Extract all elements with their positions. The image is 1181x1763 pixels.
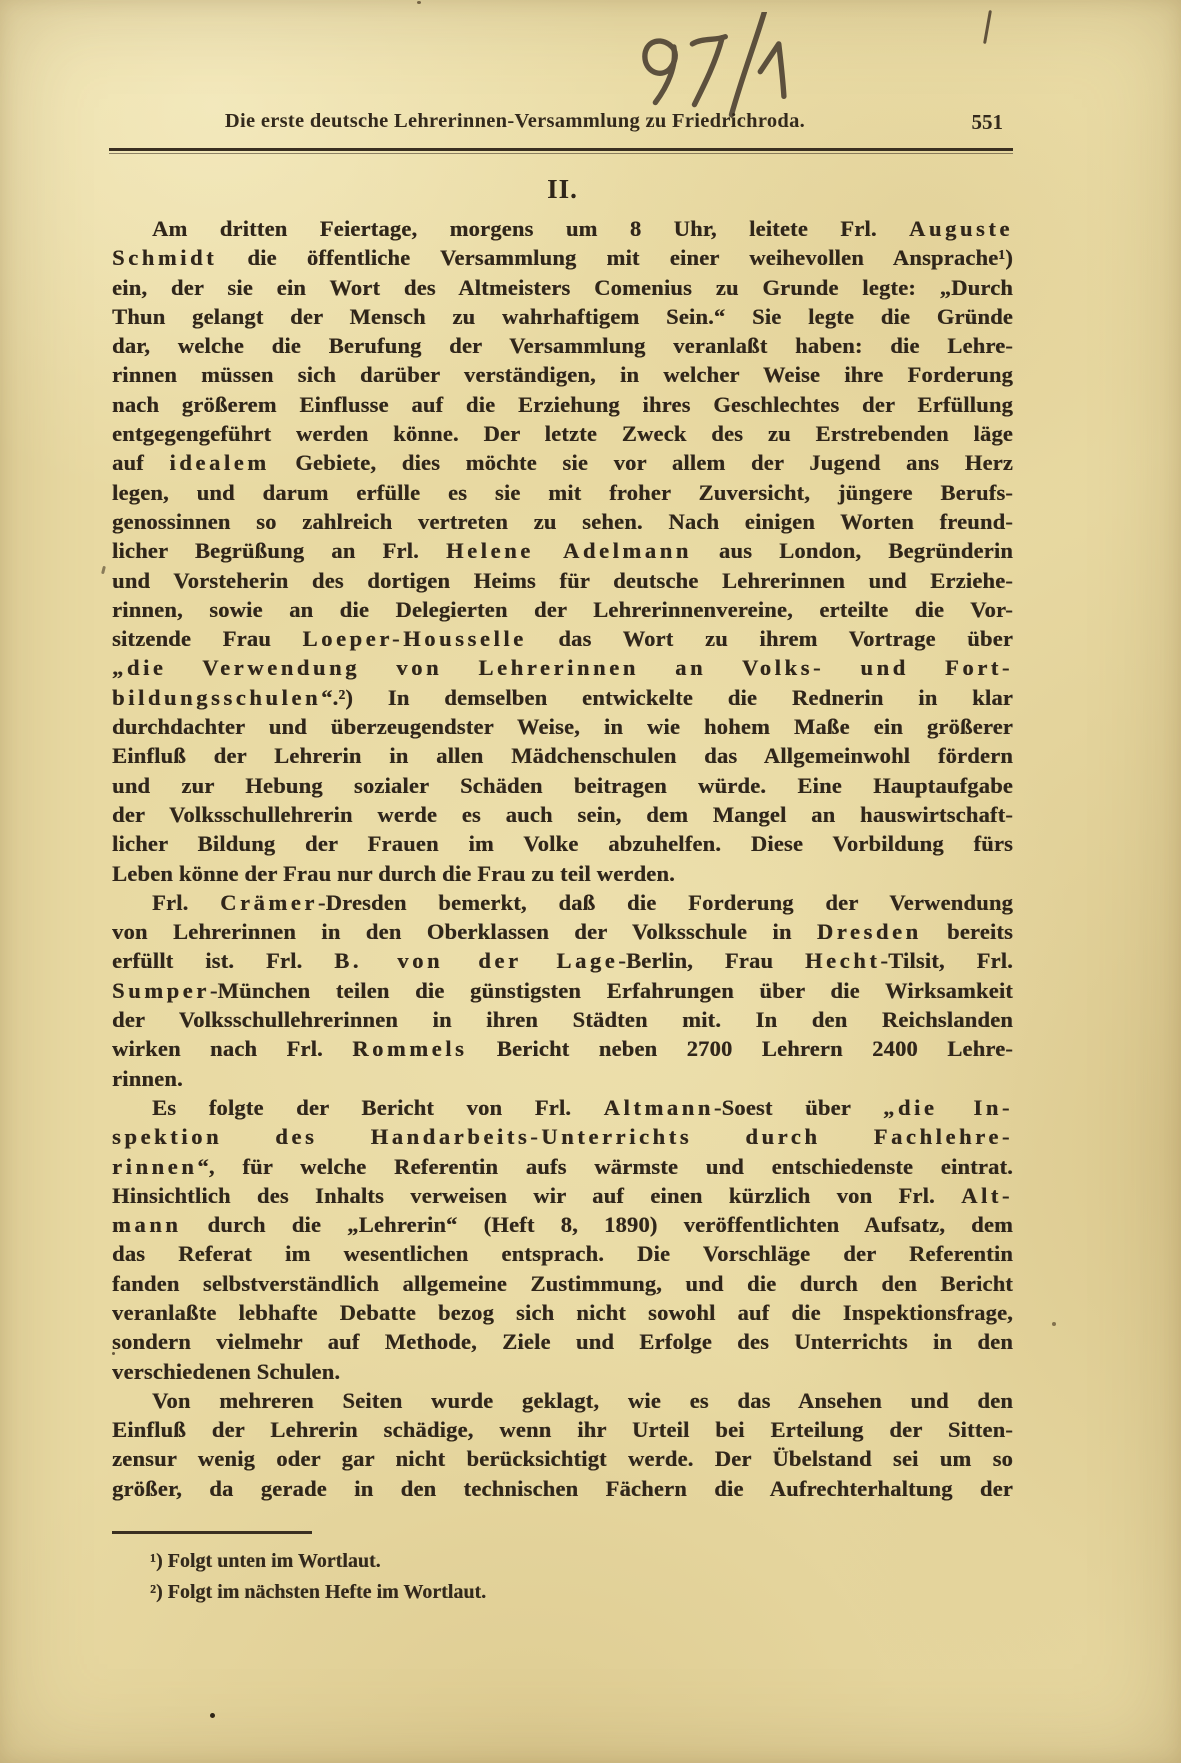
body-line: und Vorsteherin des dortigen Heims für d… — [112, 566, 1013, 595]
footnotes: ¹) Folgt unten im Wortlaut. ²) Folgt im … — [150, 1546, 850, 1608]
paper-speck — [210, 1713, 215, 1718]
body-line: rinnen müssen sich darüber verständigen,… — [112, 360, 1013, 389]
body-line: rinnen, sowie an die Delegierten der Leh… — [112, 595, 1013, 624]
body-line: auf idealem Gebiete, dies möchte sie vor… — [112, 448, 1013, 477]
body-line: der Volksschullehrerinnen in ihren Städt… — [112, 1005, 1013, 1034]
body-line: Sumper-München teilen die günstigsten Er… — [112, 976, 1013, 1005]
letterspaced-text: Auguste — [909, 216, 1013, 241]
body-line: entgegengeführt werden könne. Der letzte… — [112, 419, 1013, 448]
letterspaced-text: Schmidt — [112, 245, 217, 270]
footnote-1: ¹) Folgt unten im Wortlaut. — [150, 1546, 850, 1577]
letterspaced-text: Rommels — [352, 1036, 467, 1061]
body-line: legen, und darum erfülle es sie mit froh… — [112, 478, 1013, 507]
body-line: rinnen. — [112, 1064, 1013, 1093]
running-header-title: Die erste deutsche Lehrerinnen-Versammlu… — [112, 110, 918, 133]
scanned-document-page: Die erste deutsche Lehrerinnen-Versammlu… — [0, 0, 1181, 1763]
body-line: Schmidt die öffentliche Versammlung mit … — [112, 243, 1013, 272]
letterspaced-text: „die Verwendung von Lehrerinnen an Volks… — [112, 655, 1013, 680]
body-line: veranlaßte lebhafte Debatte bezog sich n… — [112, 1298, 1013, 1327]
body-line: Frl. Crämer-Dresden bemerkt, daß die For… — [112, 888, 1013, 917]
letterspaced-text: Altmann — [604, 1095, 714, 1120]
letterspaced-text: Helene Adelmann — [446, 538, 692, 563]
letterspaced-text: mann — [112, 1212, 181, 1237]
body-line: erfüllt ist. Frl. B. von der Lage-Berlin… — [112, 946, 1013, 975]
body-line: das Referat im wesentlichen entsprach. D… — [112, 1239, 1013, 1268]
body-line: Einfluß der Lehrerin in allen Mädchensch… — [112, 741, 1013, 770]
letterspaced-text: bildungsschulen — [112, 685, 321, 710]
body-line: dar, welche die Berufung der Versammlung… — [112, 331, 1013, 360]
letterspaced-text: Sumper — [112, 978, 210, 1003]
body-line: wirken nach Frl. Rommels Bericht neben 2… — [112, 1034, 1013, 1063]
body-line: bildungsschulen“.²) In demselben entwick… — [112, 683, 1013, 712]
letterspaced-text: Hecht — [805, 948, 880, 973]
letterspaced-text: „die In- — [883, 1095, 1013, 1120]
body-line: genossinnen so zahlreich vertreten zu se… — [112, 507, 1013, 536]
body-line: Einfluß der Lehrerin schädige, wenn ihr … — [112, 1415, 1013, 1444]
letterspaced-text: Crämer — [220, 890, 318, 915]
body-line: fanden selbstverständlich allgemeine Zus… — [112, 1269, 1013, 1298]
body-line: Hinsichtlich des Inhalts verweisen wir a… — [112, 1181, 1013, 1210]
body-line: sitzende Frau Loeper-Housselle das Wort … — [112, 624, 1013, 653]
handwritten-annotation — [630, 12, 800, 120]
body-line: licher Bildung der Frauen im Volke abzuh… — [112, 829, 1013, 858]
body-line: und zur Hebung sozialer Schäden beitrage… — [112, 771, 1013, 800]
body-line: spektion des Handarbeits-Unterrichts dur… — [112, 1122, 1013, 1151]
footnote-rule — [112, 1531, 312, 1534]
letterspaced-text: Dresden — [817, 919, 922, 944]
body-line: von Lehrerinnen in den Oberklassen der V… — [112, 917, 1013, 946]
body-line: Am dritten Feiertage, morgens um 8 Uhr, … — [112, 214, 1013, 243]
paper-speck — [417, 1, 421, 4]
body-line: Leben könne der Frau nur durch die Frau … — [112, 859, 1013, 888]
body-line: sondern vielmehr auf Methode, Ziele und … — [112, 1327, 1013, 1356]
letterspaced-text: Loeper-Housselle — [303, 626, 527, 651]
body-line: Es folgte der Bericht von Frl. Altmann-S… — [112, 1093, 1013, 1122]
letterspaced-text: B. von der Lage — [334, 948, 618, 973]
paper-speck — [1052, 1322, 1056, 1326]
footnote-2: ²) Folgt im nächsten Hefte im Wortlaut. — [150, 1577, 850, 1608]
page-number: 551 — [972, 110, 1004, 135]
header-rule — [109, 148, 1013, 154]
paper-speck — [112, 1352, 115, 1355]
body-line: licher Begrüßung an Frl. Helene Adelmann… — [112, 536, 1013, 565]
body-line: nach größerem Einflusse auf die Erziehun… — [112, 390, 1013, 419]
body-text: Am dritten Feiertage, morgens um 8 Uhr, … — [112, 214, 1013, 1503]
body-line: rinnen“, für welche Referentin aufs wärm… — [112, 1152, 1013, 1181]
stray-pen-mark — [983, 10, 992, 44]
body-line: der Volksschullehrerin werde es auch sei… — [112, 800, 1013, 829]
body-line: „die Verwendung von Lehrerinnen an Volks… — [112, 653, 1013, 682]
paper-speck — [101, 566, 106, 574]
section-heading: II. — [112, 174, 1013, 205]
running-header: Die erste deutsche Lehrerinnen-Versammlu… — [112, 110, 1013, 138]
body-line: verschiedenen Schulen. — [112, 1357, 1013, 1386]
letterspaced-text: rinnen — [112, 1154, 197, 1179]
body-line: zensur wenig oder gar nicht berücksichti… — [112, 1444, 1013, 1473]
body-line: Von mehreren Seiten wurde geklagt, wie e… — [112, 1386, 1013, 1415]
letterspaced-text: spektion des Handarbeits-Unterrichts dur… — [112, 1124, 1013, 1149]
body-line: mann durch die „Lehrerin“ (Heft 8, 1890)… — [112, 1210, 1013, 1239]
body-line: durchdachter und überzeugendster Weise, … — [112, 712, 1013, 741]
body-line: größer, da gerade in den technischen Fäc… — [112, 1474, 1013, 1503]
body-line: ein, der sie ein Wort des Altmeisters Co… — [112, 273, 1013, 302]
letterspaced-text: idealem — [169, 450, 269, 475]
body-line: Thun gelangt der Mensch zu wahrhaftigem … — [112, 302, 1013, 331]
letterspaced-text: Alt- — [961, 1183, 1013, 1208]
